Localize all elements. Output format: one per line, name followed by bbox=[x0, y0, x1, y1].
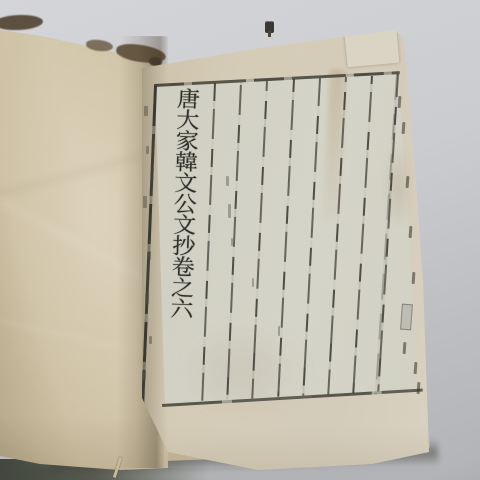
fold-mark bbox=[398, 96, 401, 108]
fold-mark bbox=[417, 382, 420, 394]
fold-mark bbox=[406, 176, 409, 188]
right-page: 唐大家韓文公文抄卷之六 bbox=[140, 26, 434, 478]
fold-mark bbox=[409, 226, 412, 238]
fold-mark bbox=[402, 122, 405, 134]
fold-mark bbox=[403, 342, 406, 354]
fold-marks bbox=[140, 26, 434, 478]
torn-edge bbox=[0, 13, 43, 31]
fold-mark bbox=[412, 272, 415, 284]
binding-knot-stem bbox=[268, 31, 271, 37]
photo-scene: 唐大家韓文公文抄卷之六 bbox=[0, 0, 480, 480]
fold-mark bbox=[414, 362, 417, 374]
fold-fishtail-mark bbox=[400, 304, 413, 331]
